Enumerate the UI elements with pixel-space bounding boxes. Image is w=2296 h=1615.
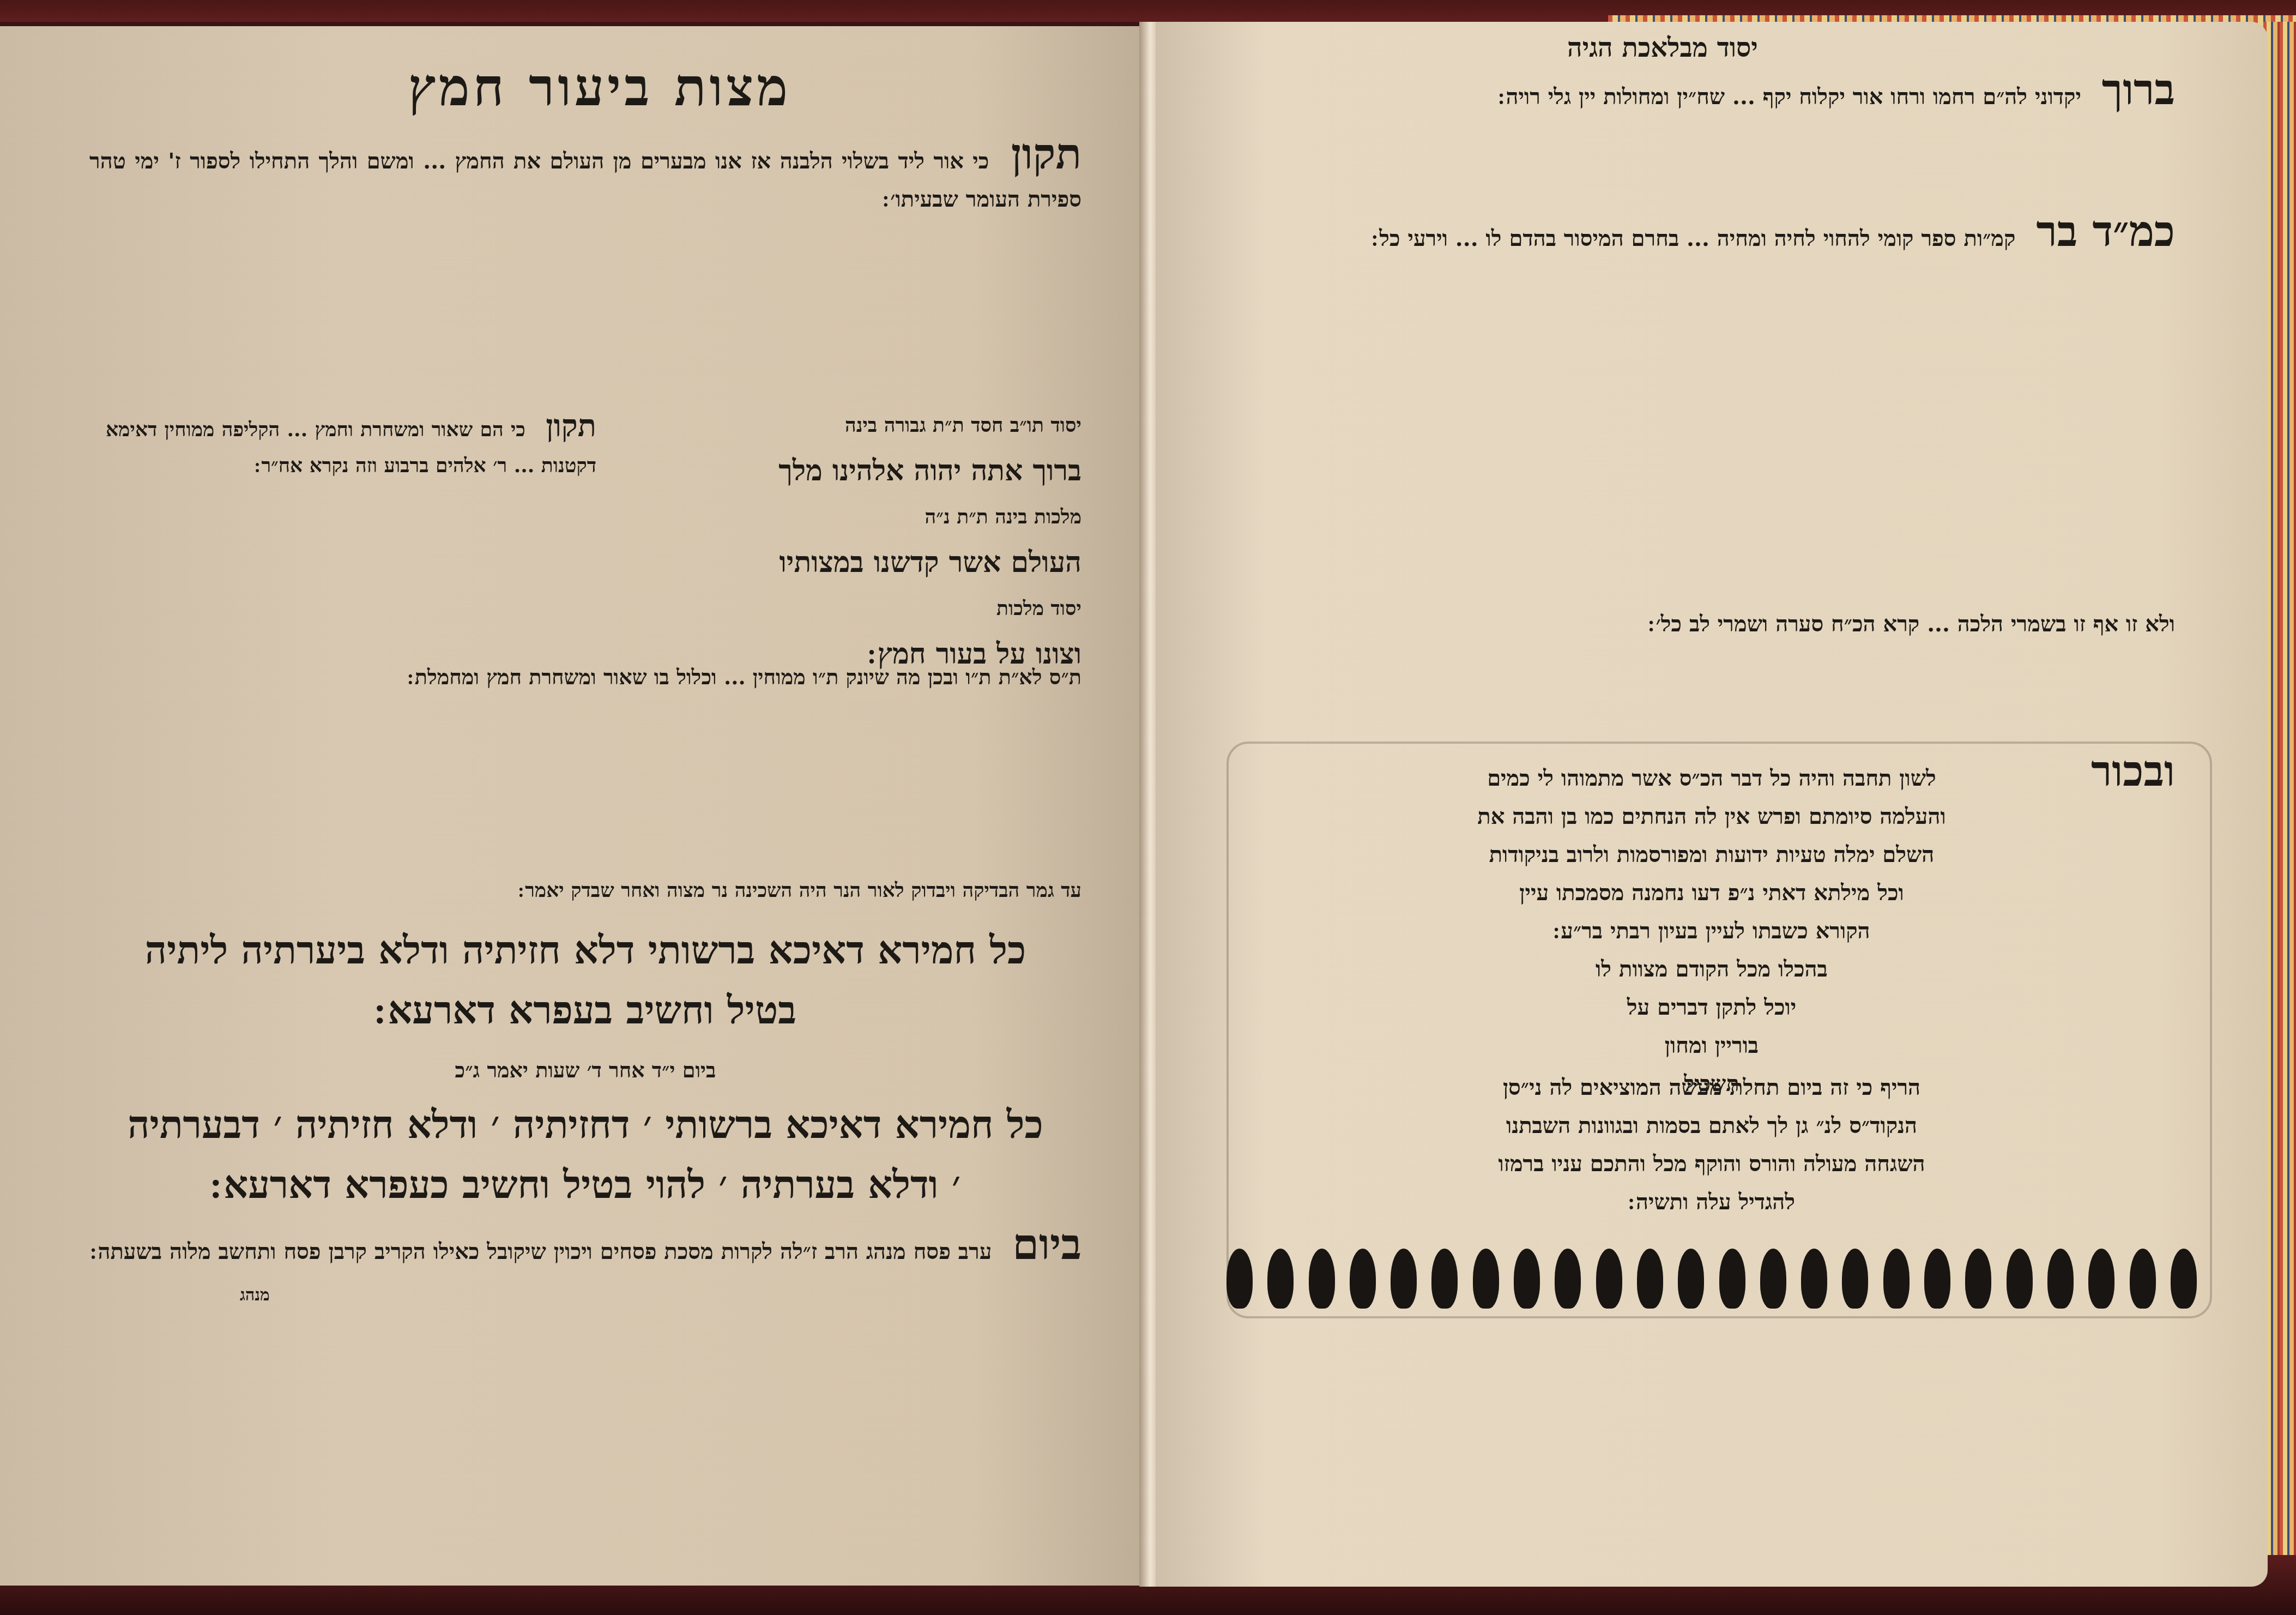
fleuron-icon bbox=[1596, 1249, 1622, 1309]
fleuron-icon bbox=[1514, 1249, 1540, 1309]
kol-chamira-formula-1: כל חמירא דאיכא ברשותי דלא חזיתיה ודלא בי… bbox=[89, 920, 1081, 1040]
page-title: מצות ביעור חמץ bbox=[354, 56, 845, 118]
kabbalistic-commentary: ת״ס לא״ת ת״ו ובכן מה שיונק ת״ו ממוחין ..… bbox=[89, 659, 1081, 696]
formula-line: בטיל וחשיב בעפרא דארעא ׃ bbox=[89, 980, 1081, 1040]
formula-line: כל חמירא דאיכא ברשותי ׳ דחזיתיה ׳ ודלא ח… bbox=[89, 1095, 1081, 1155]
fleuron-icon bbox=[1760, 1249, 1786, 1309]
colophon-line: להגדיל עלה ותשיה ׃ bbox=[1412, 1183, 2011, 1221]
tapering-line: בהכלו מכל הקודם מצוות לו bbox=[1248, 950, 2175, 989]
fleuron-icon bbox=[1431, 1249, 1458, 1309]
paragraph-3: ולא זו אף זו בשמרי הלכה ... קרא הכ״ח סער… bbox=[1248, 605, 2175, 643]
fleuron-icon bbox=[2047, 1249, 2074, 1309]
fleuron-icon bbox=[1883, 1249, 1910, 1309]
paragraph-4: ובכור לשון תחבה והיה כל דבר הכ״ס אשר מתמ… bbox=[1248, 752, 2175, 1103]
fleuron-icon bbox=[1267, 1249, 1294, 1309]
tapering-line: וכל מילתא דאתי נ״פ דעו נחמנה מסמכתו עיין bbox=[1248, 874, 2175, 912]
drop-word: ביום bbox=[1012, 1220, 1081, 1269]
commentary-text: כי הם שאור ומשחרת וחמץ ... הקליפה ממוחין… bbox=[106, 418, 596, 477]
printer-ornament-border bbox=[1226, 1221, 2197, 1309]
tapering-line: הקורא כשבתו לעיין בעיון רבתי בר״ע ׃ bbox=[1248, 912, 2175, 950]
fleuron-icon bbox=[1801, 1249, 1827, 1309]
blessing-line: יסוד מלכות bbox=[613, 586, 1081, 631]
left-page: מצות ביעור חמץ תקון כי אור ליד בשלוי הלב… bbox=[0, 26, 1145, 1586]
fleuron-icon bbox=[2007, 1249, 2033, 1309]
formula-line: כל חמירא דאיכא ברשותי דלא חזיתיה ודלא בי… bbox=[89, 920, 1081, 980]
tapering-line: יוכל לתקן דברים על bbox=[1248, 989, 2175, 1027]
blessing-line: ברוך אתה יהוה אלהינו מלך bbox=[613, 448, 1081, 494]
fleuron-icon bbox=[1391, 1249, 1417, 1309]
fleuron-icon bbox=[1309, 1249, 1335, 1309]
colophon-line: הנקוד״ס לנ״ גן לך לאתם בסמות ובגוונות הש… bbox=[1412, 1107, 2011, 1145]
fleuron-icon bbox=[1637, 1249, 1663, 1309]
tapering-line: לשון תחבה והיה כל דבר הכ״ס אשר מתמוהו לי… bbox=[1248, 760, 2175, 798]
sefirot-commentary-column: תקון כי הם שאור ומשחרת וחמץ ... הקליפה מ… bbox=[106, 408, 596, 484]
paragraph-5: הריף כי זה ביום תחלת מעשה המוציאים לה ני… bbox=[1412, 1069, 2011, 1221]
intro-paragraph: תקון כי אור ליד בשלוי הלבנה אז אנו מבערי… bbox=[89, 135, 1081, 219]
blessing-line: מלכות בינה ת״ת נ״ה bbox=[613, 494, 1081, 540]
fleuron-icon bbox=[1555, 1249, 1581, 1309]
fleuron-icon bbox=[1842, 1249, 1868, 1309]
fleuron-icon bbox=[1226, 1249, 1253, 1309]
paragraph-2: כמ״ד בר קמ״ות ספר קומי להחוי לחיה ומחיה … bbox=[1248, 213, 2175, 258]
fleuron-icon bbox=[2088, 1249, 2114, 1309]
running-head: יסוד מבלאכת הגיה bbox=[1472, 33, 1853, 63]
paragraph-text: קמ״ות ספר קומי להחוי לחיה ומחיה ... בחרם… bbox=[1371, 226, 2015, 251]
fleuron-icon bbox=[2171, 1249, 2197, 1309]
colophon-line: השגחה מעולה והורס והוקף מכל והתכם עניו ב… bbox=[1412, 1145, 2011, 1183]
erev-pesach-paragraph: ביום ערב פסח מנהג הרב ז״לה לקרות מסכת פס… bbox=[89, 1226, 1081, 1271]
intro-text: כי אור ליד בשלוי הלבנה אז אנו מבערים מן … bbox=[89, 148, 1081, 212]
drop-word: תקון bbox=[546, 408, 596, 444]
fleuron-icon bbox=[1350, 1249, 1376, 1309]
kol-chamira-formula-2: כל חמירא דאיכא ברשותי ׳ דחזיתיה ׳ ודלא ח… bbox=[89, 1095, 1081, 1215]
drop-word: ברוך bbox=[2102, 65, 2175, 115]
drop-word: ובכור bbox=[2091, 746, 2175, 796]
paragraph-1: ברוך יקדוני לה״ם רחמו ורחו אור יקלוח יקף… bbox=[1248, 71, 2175, 116]
formula-line: ׳ ודלא בערתיה ׳ להוי בטיל וחשיב כעפרא דא… bbox=[89, 1155, 1081, 1215]
blessing-line: העולם אשר קדשנו במצותיו bbox=[613, 540, 1081, 586]
fleuron-icon bbox=[1473, 1249, 1499, 1309]
colophon-line: הריף כי זה ביום תחלת מעשה המוציאים לה ני… bbox=[1412, 1069, 2011, 1107]
paragraph-text: יקדוני לה״ם רחמו ורחו אור יקלוח יקף ... … bbox=[1499, 84, 2081, 110]
fleuron-icon bbox=[1965, 1249, 1991, 1309]
tapering-line: השלם ימלה טעיות ידועות ומפורסמות ולרוב ב… bbox=[1248, 836, 2175, 874]
sefirot-blessing-column: יסוד תו״ב חסד ת״ת גבורה בינה ברוך אתה יה… bbox=[613, 402, 1081, 677]
drop-word: תקון bbox=[1011, 129, 1081, 179]
right-page: יסוד מבלאכת הגיה ברוך יקדוני לה״ם רחמו ו… bbox=[1156, 22, 2268, 1587]
fleuron-icon bbox=[1924, 1249, 1950, 1309]
day-14-instruction: ביום י״ד אחר ד׳ שעות יאמר ג״כ bbox=[89, 1051, 1081, 1089]
tapering-line: בוריין ומחון bbox=[1248, 1027, 2175, 1065]
fleuron-icon bbox=[1719, 1249, 1745, 1309]
blessing-line: יסוד תו״ב חסד ת״ת גבורה בינה bbox=[613, 402, 1081, 448]
marbled-endpaper-edge bbox=[2263, 22, 2296, 1559]
search-instruction: עד גמר הבדיקה ויבדוק לאור הנר היה השכינה… bbox=[89, 871, 1081, 909]
fleuron-icon bbox=[1678, 1249, 1704, 1309]
drop-word: כמ״ד בר bbox=[2036, 207, 2175, 256]
erev-pesach-text: ערב פסח מנהג הרב ז״לה לקרות מסכת פסחים ו… bbox=[90, 1239, 992, 1264]
catchword: מנהג bbox=[240, 1286, 270, 1305]
fleuron-icon bbox=[2130, 1249, 2156, 1309]
tapering-line: והעלמה סיומתם ופרש אין לה הנחתים כמו בן … bbox=[1248, 798, 2175, 836]
